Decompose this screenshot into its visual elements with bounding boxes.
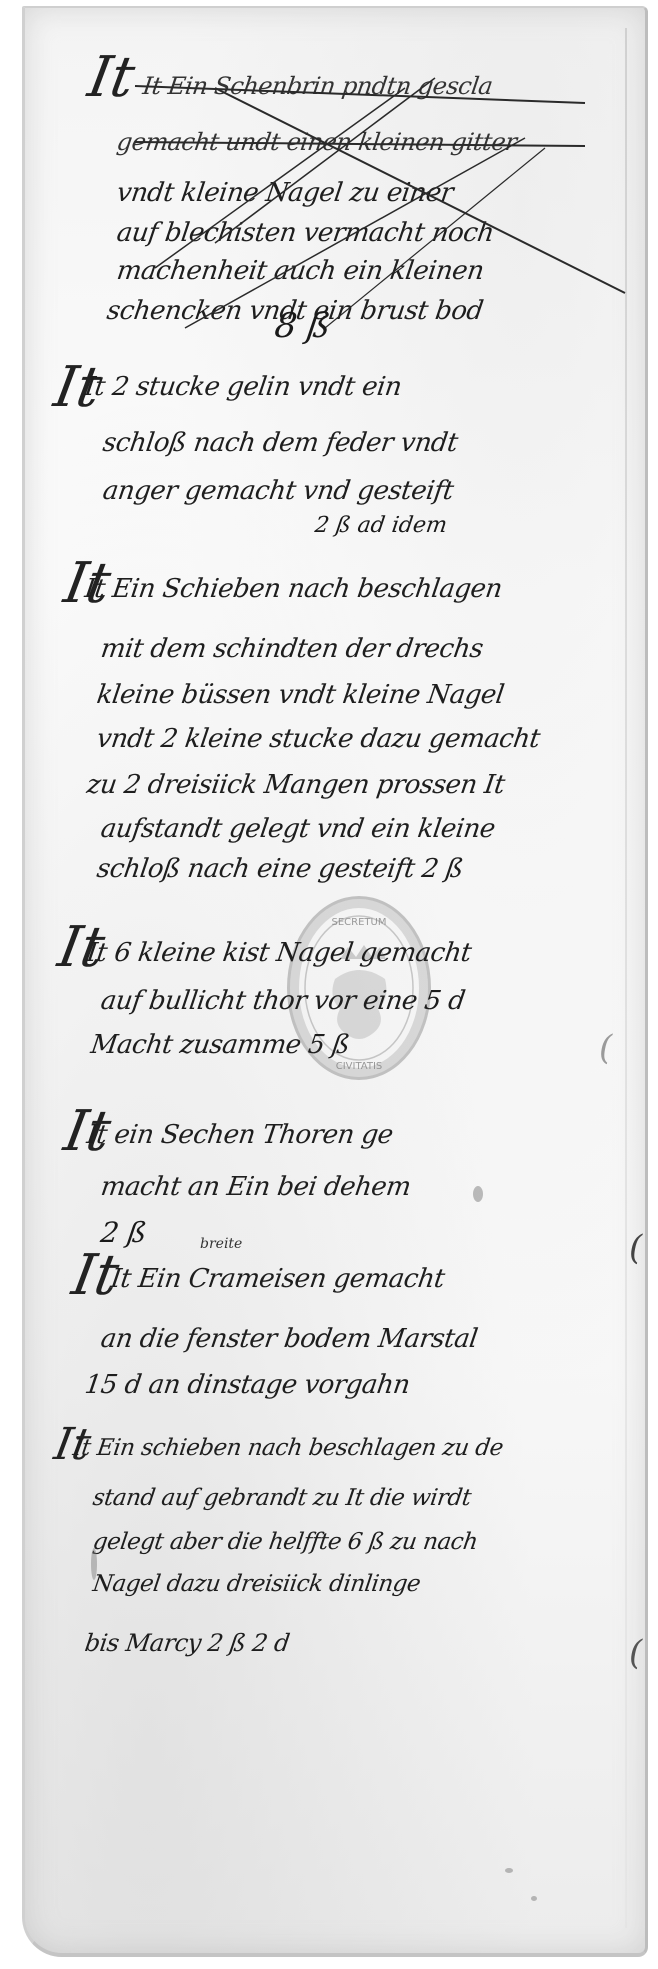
ledger-entry: It It ein Sechen Thoren ge macht an Ein … [25, 1098, 645, 1238]
entry-line: macht an Ein bei dehem [99, 1172, 413, 1202]
entry-line: It Ein Crameisen gemacht [109, 1264, 446, 1294]
entry-line: Nagel dazu dreisiick dinlinge [91, 1571, 422, 1597]
margin-mark: ( [629, 1633, 642, 1673]
entry-line: Macht zusamme 5 ß [89, 1030, 351, 1060]
entry-initial: It [84, 50, 138, 106]
ledger-entry: It It Ein Schieben nach beschlagen mit d… [25, 556, 645, 886]
entry-line: It Ein schieben nach beschlagen zu de [71, 1435, 504, 1461]
entry-line: mit dem schindten der drechs [99, 634, 485, 664]
ledger-entry-crossed-out: It It Ein Schenbrin pndtn gescla gemacht… [25, 28, 645, 328]
entry-line: It Ein Schenbrin pndtn gescla [141, 72, 494, 100]
entry-amount: 8 ß [272, 306, 333, 346]
entry-line: gelegt aber die helffte 6 ß zu nach [91, 1529, 479, 1555]
entry-line: an die fenster bodem Marstal [99, 1324, 479, 1354]
entry-line: schloß nach dem feder vndt [101, 428, 459, 458]
entry-line: aufstandt gelegt vnd ein kleine [99, 814, 497, 844]
entry-line: bis Marcy 2 ß 2 d [83, 1629, 291, 1657]
entry-line: auf blechisten vermacht noch [115, 218, 496, 248]
entry-line: vndt 2 kleine stucke dazu gemacht [95, 724, 542, 754]
margin-mark: ( [599, 1028, 612, 1068]
entry-line: auf bullicht thor vor eine 5 d [99, 986, 467, 1016]
ink-smudge [473, 1186, 483, 1202]
manuscript-page: It It Ein Schenbrin pndtn gescla gemacht… [22, 6, 648, 1957]
entry-line: It 2 stucke gelin vndt ein [83, 372, 403, 402]
ledger-entry: It It 2 stucke gelin vndt ein schloß nac… [25, 358, 645, 538]
entry-line: machenheit auch ein kleinen [115, 256, 486, 286]
ink-smudge [505, 1868, 513, 1873]
entry-line: zu 2 dreisiick Mangen prossen It [85, 770, 506, 800]
interlinear-insertion: breite [200, 1236, 242, 1252]
entry-line: anger gemacht vnd gesteift [101, 476, 455, 506]
entry-line: gemacht undt einen kleinen gitter [115, 128, 518, 156]
ink-smudge [531, 1896, 537, 1901]
ledger-entry: It It 6 kleine kist Nagel gemacht auf bu… [25, 920, 645, 1070]
ledger-entry: It It Ein schieben nach beschlagen zu de… [25, 1423, 645, 1653]
entry-line: It ein Sechen Thoren ge [85, 1120, 395, 1150]
margin-mark: ( [629, 1228, 642, 1268]
entry-line: It Ein Schieben nach beschlagen [83, 574, 504, 604]
entry-line: schloß nach eine gesteift 2 ß [95, 854, 465, 884]
entry-line: vndt kleine Nagel zu einer [115, 178, 455, 208]
entry-line: stand auf gebrandt zu It die wirdt [91, 1485, 472, 1511]
entry-line: It 6 kleine kist Nagel gemacht [85, 938, 473, 968]
ledger-entry: breite It It Ein Crameisen gemacht an di… [25, 1236, 645, 1396]
ink-smudge [91, 1548, 97, 1580]
entry-line: kleine büssen vndt kleine Nagel [95, 680, 506, 710]
entry-amount: 2 ß ad idem [313, 513, 448, 538]
entry-line: 15 d an dinstage vorgahn [83, 1370, 412, 1400]
